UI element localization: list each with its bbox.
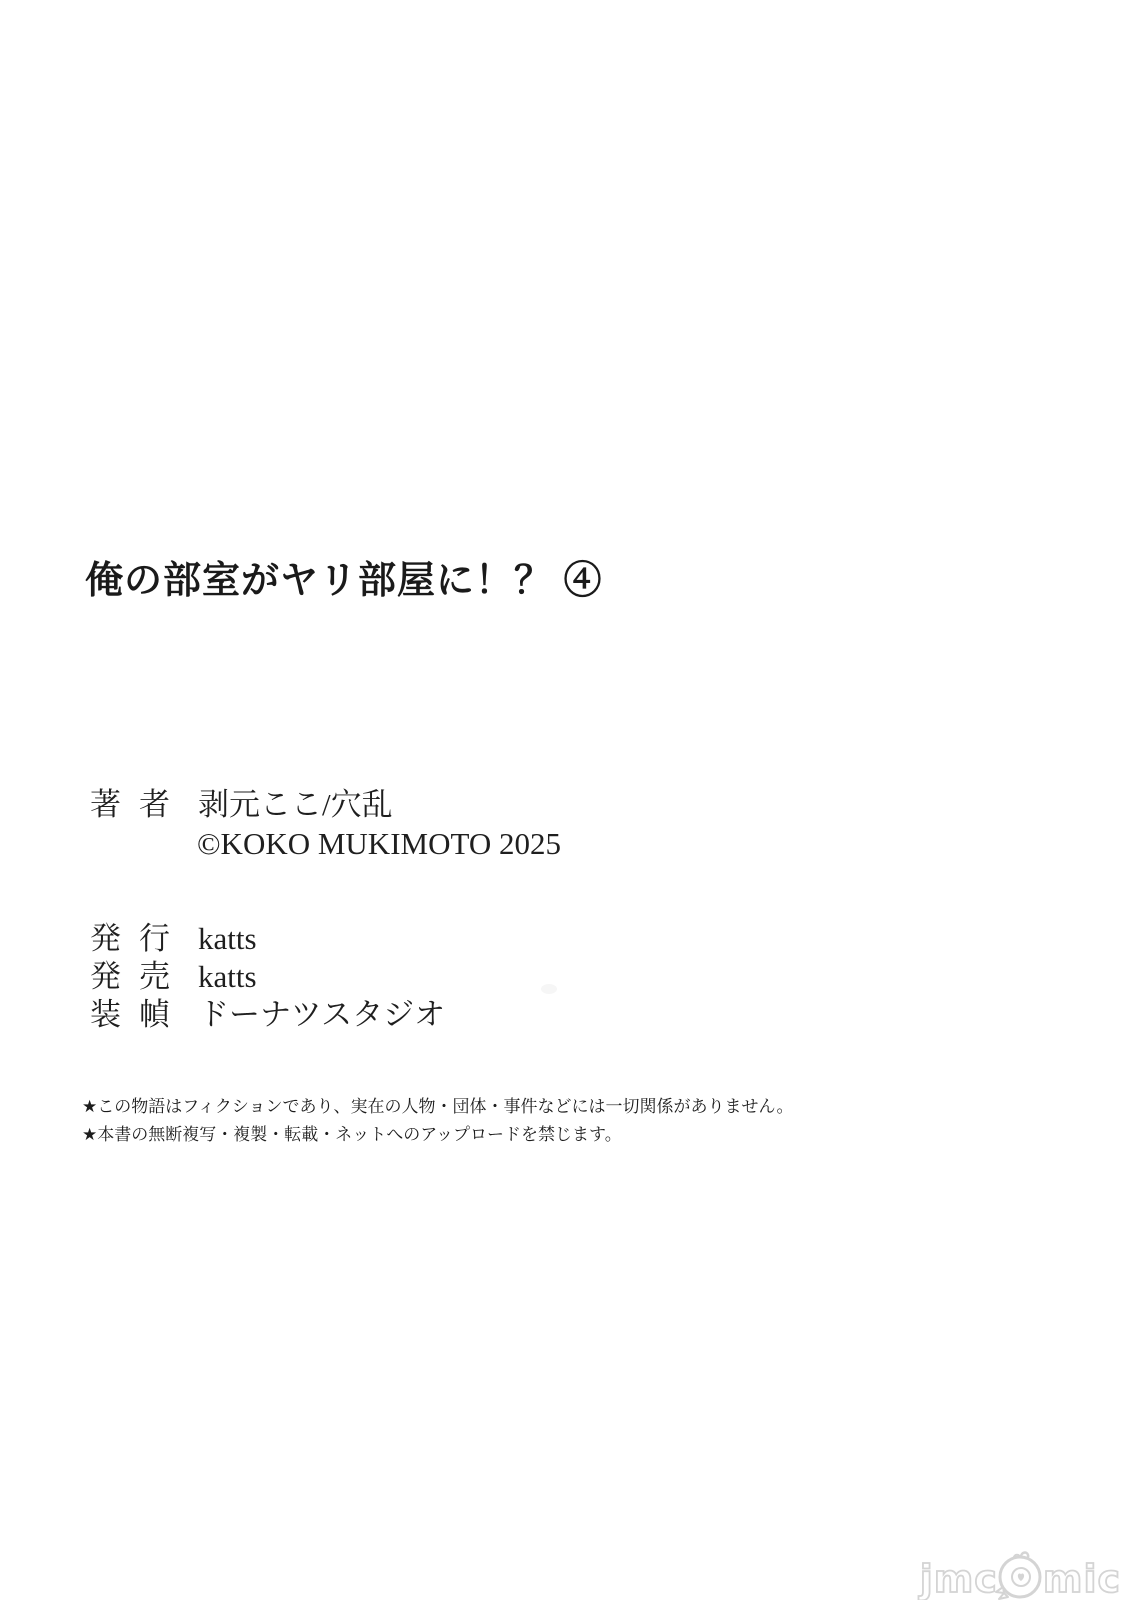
credit-row-design: 装幀 ドーナツスタジオ <box>90 998 445 1032</box>
copyright-line: ©KOKO MUKIMOTO 2025 <box>197 827 561 861</box>
credit-label-design: 装幀 <box>90 998 170 1032</box>
credit-label-author: 著者 <box>90 788 170 822</box>
credit-row-author: 著者 剥元ここ/穴乱 <box>90 788 393 822</box>
chick-mascot-icon <box>994 1548 1046 1600</box>
credit-label-seller: 発売 <box>90 960 170 994</box>
credit-row-publisher: 発行 katts <box>90 922 257 956</box>
credit-row-seller: 発売 katts <box>90 960 257 994</box>
disclaimer-fiction-note: ★この物語はフィクションであり、実在の人物・団体・事件などには一切関係がありませ… <box>82 1097 794 1117</box>
watermark-text-right: mic <box>1043 1564 1121 1594</box>
credit-value-publisher: katts <box>198 922 257 956</box>
credit-value-seller: katts <box>198 960 257 994</box>
credit-value-author: 剥元ここ/穴乱 <box>198 788 393 822</box>
faint-scan-artifact <box>541 984 557 994</box>
watermark-text-left: jmc <box>920 1564 998 1594</box>
credit-label-publisher: 発行 <box>90 922 170 956</box>
watermark-jmcomic: jmc mic <box>920 1548 1121 1594</box>
book-title: 俺の部室がヤリ部屋に！？ ④ <box>85 549 603 604</box>
credit-value-design: ドーナツスタジオ <box>198 998 445 1032</box>
disclaimer-copy-note: ★本書の無断複写・複製・転載・ネットへのアップロードを禁じます。 <box>82 1125 622 1145</box>
colophon-page: 俺の部室がヤリ部屋に！？ ④ 著者 剥元ここ/穴乱 ©KOKO MUKIMOTO… <box>0 0 1125 1600</box>
